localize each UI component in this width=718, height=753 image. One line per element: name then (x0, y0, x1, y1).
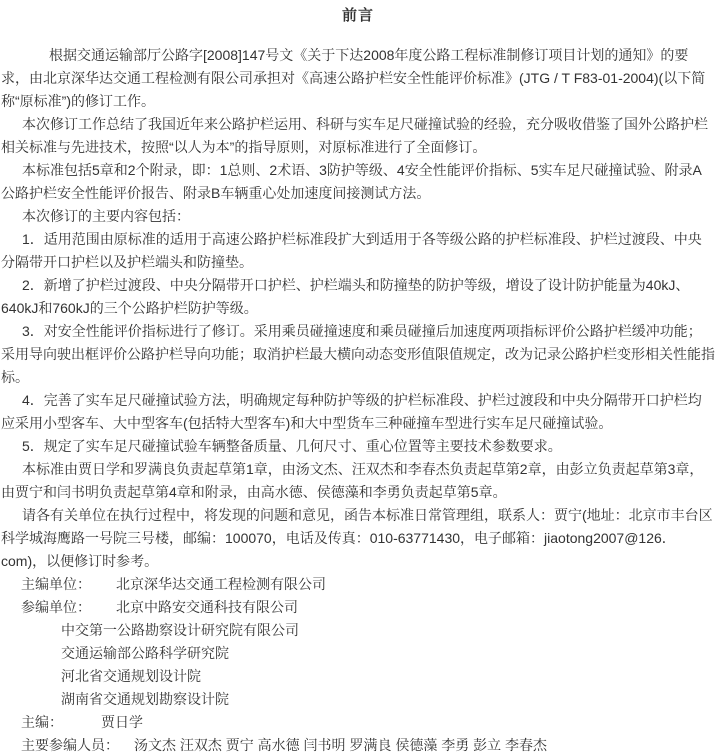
paragraph-item-5: 5．规定了实车足尺碰撞试验车辆整备质量、几何尺寸、重心位置等主要技术参数要求。 (1, 435, 715, 458)
participating-unit-row: 湖南省交通规划勘察设计院 (1, 688, 715, 711)
main-participants-names: 汤文杰 汪双杰 贾宁 高水德 闫书明 罗满良 侯德藻 李勇 彭立 李春杰 (134, 737, 547, 753)
paragraph-item-2: 2．新增了护栏过渡段、中央分隔带开口护栏、护栏端头和防撞垫的防护等级，增设了设计… (1, 274, 715, 320)
page-title: 前言 (1, 6, 715, 26)
credits-section: 主编单位：北京深华达交通工程检测有限公司 参编单位：北京中路安交通科技有限公司 … (1, 573, 715, 753)
chief-editor-unit-row: 主编单位：北京深华达交通工程检测有限公司 (1, 573, 715, 596)
paragraph-item-1: 1．适用范围由原标准的适用于高速公路护栏标准段扩大到适用于各等级公路的护栏标准段… (1, 228, 715, 274)
main-participants-row: 主要参编人员：汤文杰 汪双杰 贾宁 高水德 闫书明 罗满良 侯德藻 李勇 彭立 … (1, 734, 715, 753)
chief-editor-unit-value: 北京深华达交通工程检测有限公司 (116, 576, 326, 592)
main-participants-label: 主要参编人员： (21, 734, 134, 753)
chief-editor-label: 主编： (21, 711, 101, 734)
chief-editor-unit-label: 主编单位： (21, 573, 116, 596)
paragraph-item-3: 3．对安全性能评价指标进行了修订。采用乘员碰撞速度和乘员碰撞后加速度两项指标评价… (1, 320, 715, 389)
document-page: 前言 根据交通运输部厅公路字[2008]147号文《关于下达2008年度公路工程… (0, 0, 718, 753)
paragraph-item-4: 4．完善了实车足尺碰撞试验方法，明确规定每种防护等级的护栏标准段、护栏过渡段和中… (1, 389, 715, 435)
participating-unit-row: 交通运输部公路科学研究院 (1, 642, 715, 665)
chief-editor-name: 贾日学 (101, 714, 143, 730)
participating-unit-label: 参编单位： (21, 596, 116, 619)
paragraph-revision-summary: 本次修订工作总结了我国近年来公路护栏运用、科研与实车足尺碰撞试验的经验，充分吸收… (1, 113, 715, 159)
paragraph-drafters: 本标准由贾日学和罗满良负责起草第1章，由汤文杰、汪双杰和李春杰负责起草第2章，由… (1, 458, 715, 504)
participating-unit-value: 北京中路安交通科技有限公司 (116, 599, 298, 615)
participating-unit-row: 中交第一公路勘察设计研究院有限公司 (1, 619, 715, 642)
chief-editor-row: 主编：贾日学 (1, 711, 715, 734)
participating-unit-row: 河北省交通规划设计院 (1, 665, 715, 688)
paragraph-contents-lead: 本次修订的主要内容包括： (1, 205, 715, 228)
paragraph-feedback-contact: 请各有关单位在执行过程中，将发现的问题和意见，函告本标准日常管理组，联系人：贾宁… (1, 504, 715, 573)
participating-unit-row: 参编单位：北京中路安交通科技有限公司 (1, 596, 715, 619)
paragraph-intro: 根据交通运输部厅公路字[2008]147号文《关于下达2008年度公路工程标准制… (1, 44, 715, 113)
paragraph-structure: 本标准包括5章和2个附录，即：1总则、2术语、3防护等级、4安全性能评价指标、5… (1, 159, 715, 205)
